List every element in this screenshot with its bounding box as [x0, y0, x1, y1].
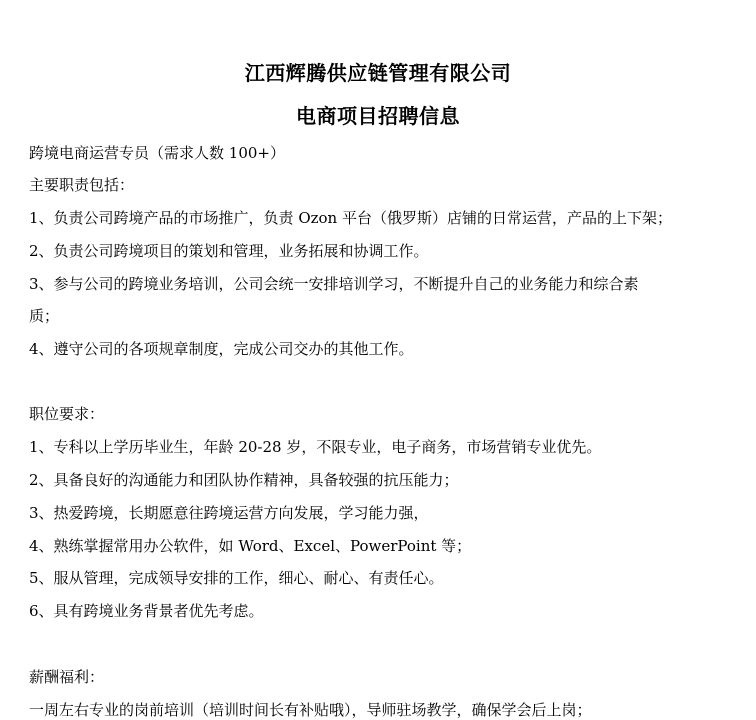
requirements-heading: 职位要求：: [29, 404, 104, 424]
responsibility-item: 1、负责公司跨境产品的市场推广，负责 Ozon 平台（俄罗斯）店铺的日常运营，产…: [29, 208, 672, 228]
benefits-heading: 薪酬福利：: [29, 667, 104, 687]
responsibility-item: 4、遵守公司的各项规章制度，完成公司交办的其他工作。: [29, 339, 414, 359]
responsibility-item-continuation: 质；: [29, 306, 59, 326]
company-title: 江西辉腾供应链管理有限公司: [0, 57, 756, 86]
responsibility-item: 2、负责公司跨境项目的策划和管理，业务拓展和协调工作。: [29, 241, 429, 261]
requirement-item: 1、专科以上学历毕业生，年龄 20-28 岁，不限专业，电子商务，市场营销专业优…: [29, 437, 601, 457]
requirement-item: 5、服从管理，完成领导安排的工作，细心、耐心、有责任心。: [29, 568, 444, 588]
position-title: 跨境电商运营专员（需求人数 100+）: [29, 143, 285, 163]
requirement-item: 2、具备良好的沟通能力和团队协作精神，具备较强的抗压能力；: [29, 470, 459, 490]
document-page: 江西辉腾供应链管理有限公司 电商项目招聘信息 跨境电商运营专员（需求人数 100…: [0, 0, 756, 720]
requirement-item: 3、热爱跨境，长期愿意往跨境运营方向发展，学习能力强，: [29, 503, 429, 523]
responsibilities-heading: 主要职责包括：: [29, 175, 134, 195]
requirement-item: 4、熟练掌握常用办公软件，如 Word、Excel、PowerPoint 等；: [29, 536, 471, 556]
responsibility-item: 3、参与公司的跨境业务培训，公司会统一安排培训学习，不断提升自己的业务能力和综合…: [29, 274, 639, 294]
benefit-item: 一周左右专业的岗前培训（培训时间长有补贴哦），导师驻场教学，确保学会后上岗；: [29, 700, 592, 720]
document-subtitle: 电商项目招聘信息: [0, 100, 756, 129]
requirement-item: 6、具有跨境业务背景者优先考虑。: [29, 601, 264, 621]
